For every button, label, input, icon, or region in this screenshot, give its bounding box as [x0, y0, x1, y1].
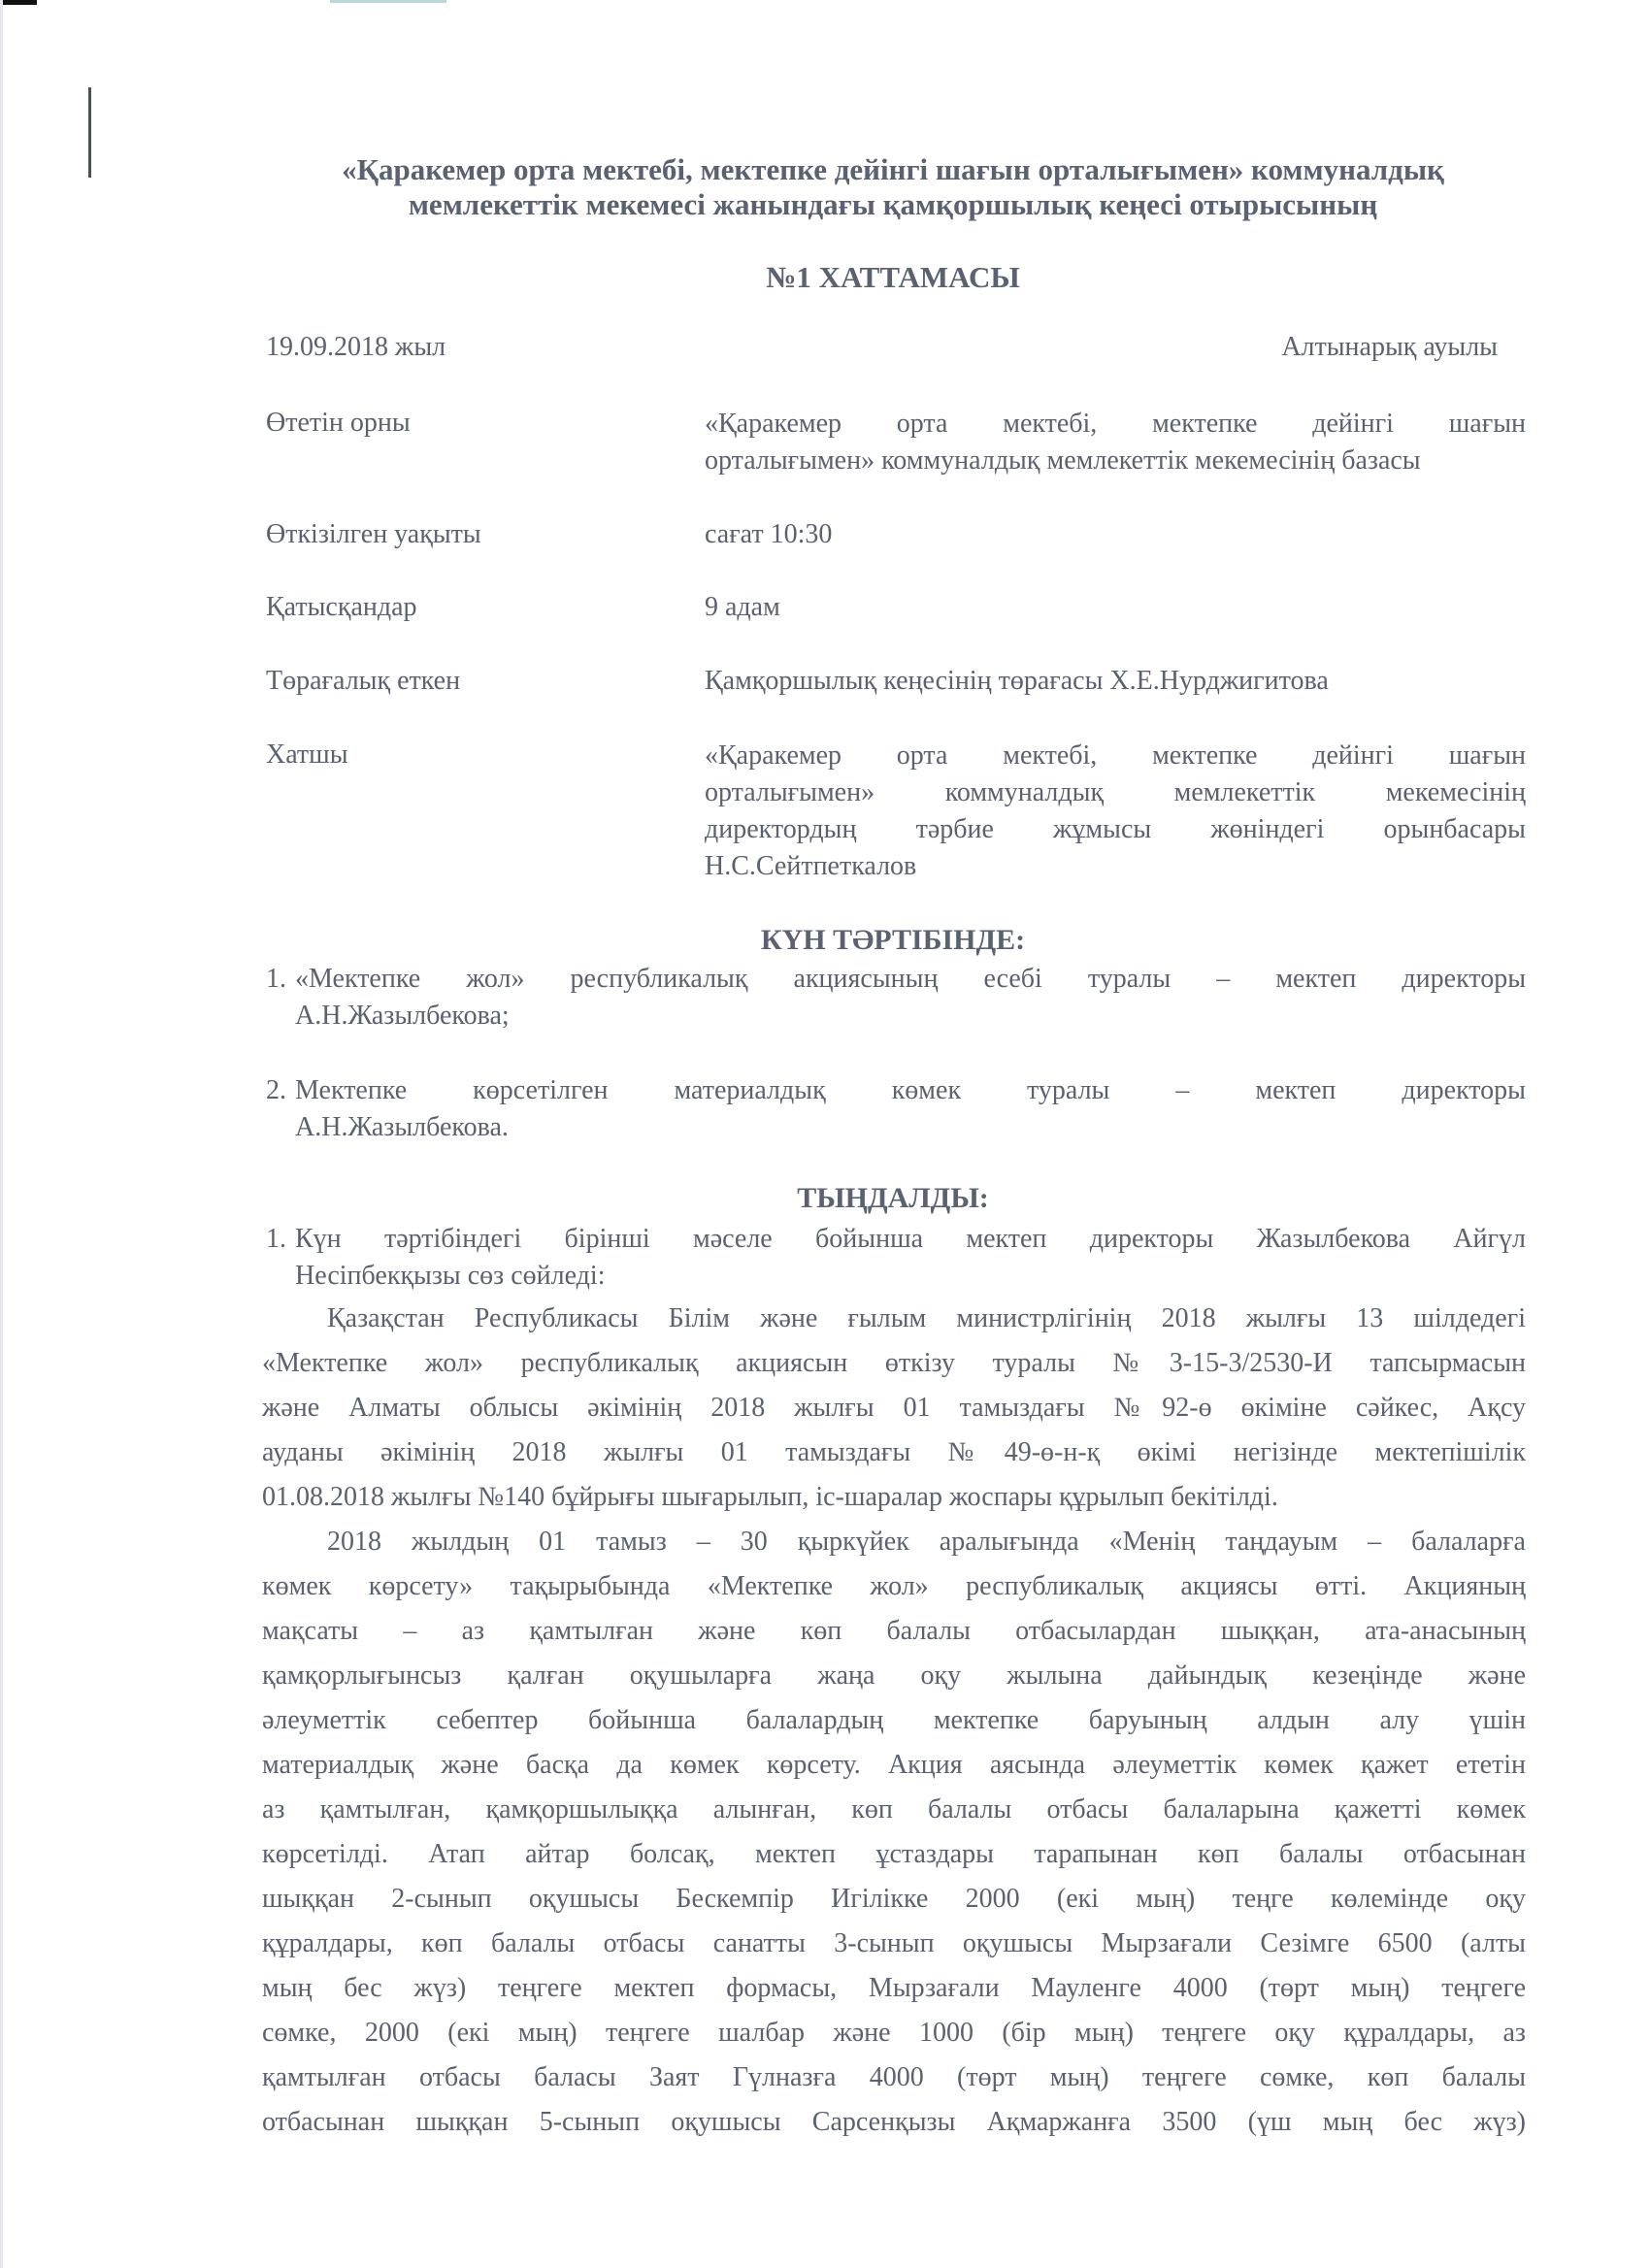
- detail-value-line: орталығымен» коммуналдық мемлекеттік мек…: [705, 443, 1526, 479]
- paragraph-line: «Мектепке жол» республикалық акциясын өт…: [262, 1341, 1526, 1386]
- agenda-item-line: А.Н.Жазылбекова.: [295, 1109, 1526, 1146]
- scan-artifact-top-tint: [330, 0, 446, 3]
- paragraph-line: әлеуметтік себептер бойынша балалардың м…: [262, 1698, 1526, 1743]
- detail-label-attendees: Қатысқандар: [266, 590, 417, 625]
- paragraph-line: көмек көрсету» тақырыбында «Мектепке жол…: [262, 1564, 1526, 1609]
- heard-item-number: 1.: [266, 1221, 286, 1258]
- agenda-item-line: «Мектепке жол» республикалық акциясының …: [295, 961, 1526, 998]
- paragraph-line: материалдық және басқа да көмек көрсету.…: [262, 1743, 1526, 1788]
- paragraph-line: құралдары, көп балалы отбасы санатты 3-с…: [262, 1922, 1526, 1966]
- heard-heading: ТЫҢДАЛДЫ:: [243, 1182, 1543, 1215]
- protocol-title: №1 ХАТТАМАСЫ: [243, 260, 1543, 295]
- detail-value-attendees: 9 адам: [705, 590, 780, 625]
- paragraph-line: және Алматы облысы әкімінің 2018 жылғы 0…: [262, 1386, 1526, 1430]
- paragraph-line: мақсаты – аз қамтылған және көп балалы о…: [262, 1609, 1526, 1654]
- paragraph-line: отбасынан шыққан 5-сынып оқушысы Сарсенқ…: [262, 2100, 1526, 2145]
- scan-artifact-left-edge: [0, 0, 3, 2268]
- document-title-line-2: мемлекеттік мекемесі жанындағы қамқоршыл…: [243, 187, 1543, 222]
- meeting-place: Алтынарық ауылы: [1281, 330, 1498, 365]
- agenda-item-number: 1.: [266, 961, 286, 998]
- paragraph-line: сөмке, 2000 (екі мың) теңгеге шалбар жән…: [262, 2011, 1526, 2055]
- detail-value-time: сағат 10:30: [705, 517, 832, 552]
- detail-value-secretary: «Қаракемер орта мектебі, мектепке дейінг…: [705, 738, 1526, 885]
- detail-value-line: директордың тәрбие жұмысы жөніндегі орын…: [705, 811, 1526, 848]
- paragraph-line: 2018 жылдың 01 тамыз – 30 қыркүйек аралы…: [262, 1520, 1526, 1564]
- detail-value-line: орталығымен» коммуналдық мемлекеттік мек…: [705, 774, 1526, 811]
- scan-artifact-top-mark: [0, 0, 37, 5]
- agenda-item-line: Мектепке көрсетілген материалдық көмек т…: [295, 1072, 1526, 1109]
- detail-value-line: «Қаракемер орта мектебі, мектепке дейінг…: [705, 406, 1526, 443]
- detail-label-venue: Өтетін орны: [266, 406, 411, 441]
- agenda-item-number: 2.: [266, 1072, 286, 1109]
- detail-value-venue: «Қаракемер орта мектебі, мектепке дейінг…: [705, 406, 1526, 479]
- agenda-item-line: А.Н.Жазылбекова;: [295, 998, 1526, 1035]
- heard-item-line: Күн тәртібіндегі бірінші мәселе бойынша …: [295, 1221, 1526, 1258]
- document-title-line-1: «Қаракемер орта мектебі, мектепке дейінг…: [243, 152, 1543, 187]
- meeting-date: 19.09.2018 жыл: [266, 330, 445, 365]
- detail-value-line: «Қаракемер орта мектебі, мектепке дейінг…: [705, 738, 1526, 774]
- margin-bar: [88, 87, 91, 178]
- agenda-heading: КҮН ТӘРТІБІНДЕ:: [243, 924, 1543, 957]
- detail-value-chair: Қамқоршылық кеңесінің төрағасы Х.Е.Нурдж…: [705, 664, 1329, 699]
- paragraph-line: Қазақстан Республикасы Білім және ғылым …: [262, 1297, 1526, 1341]
- paragraph-line: шыққан 2-сынып оқушысы Бескемпір Игілікк…: [262, 1877, 1526, 1922]
- paragraph-line: 01.08.2018 жылғы №140 бұйрығы шығарылып,…: [262, 1475, 1526, 1520]
- detail-label-secretary: Хатшы: [266, 738, 348, 772]
- paragraph-line: көрсетілді. Атап айтар болсақ, мектеп ұс…: [262, 1832, 1526, 1877]
- heard-item-line: Несіпбекқызы сөз сөйледі:: [295, 1258, 1526, 1295]
- body-paragraph-2: 2018 жылдың 01 тамыз – 30 қыркүйек аралы…: [262, 1520, 1526, 2145]
- paragraph-line: аз қамтылған, қамқоршылыққа алынған, көп…: [262, 1788, 1526, 1832]
- body-paragraph-1: Қазақстан Республикасы Білім және ғылым …: [262, 1297, 1526, 1520]
- paragraph-line: қамтылған отбасы баласы Заят Гүлназға 40…: [262, 2055, 1526, 2100]
- paragraph-line: ауданы әкімінің 2018 жылғы 01 тамыздағы …: [262, 1430, 1526, 1475]
- paragraph-line: мың бес жүз) теңгеге мектеп формасы, Мыр…: [262, 1966, 1526, 2011]
- detail-value-line: Н.С.Сейтпеткалов: [705, 848, 1526, 885]
- detail-label-chair: Төрағалық еткен: [266, 664, 460, 699]
- paragraph-line: қамқорлығынсыз қалған оқушыларға жаңа оқ…: [262, 1654, 1526, 1698]
- detail-label-time: Өткізілген уақыты: [266, 517, 481, 552]
